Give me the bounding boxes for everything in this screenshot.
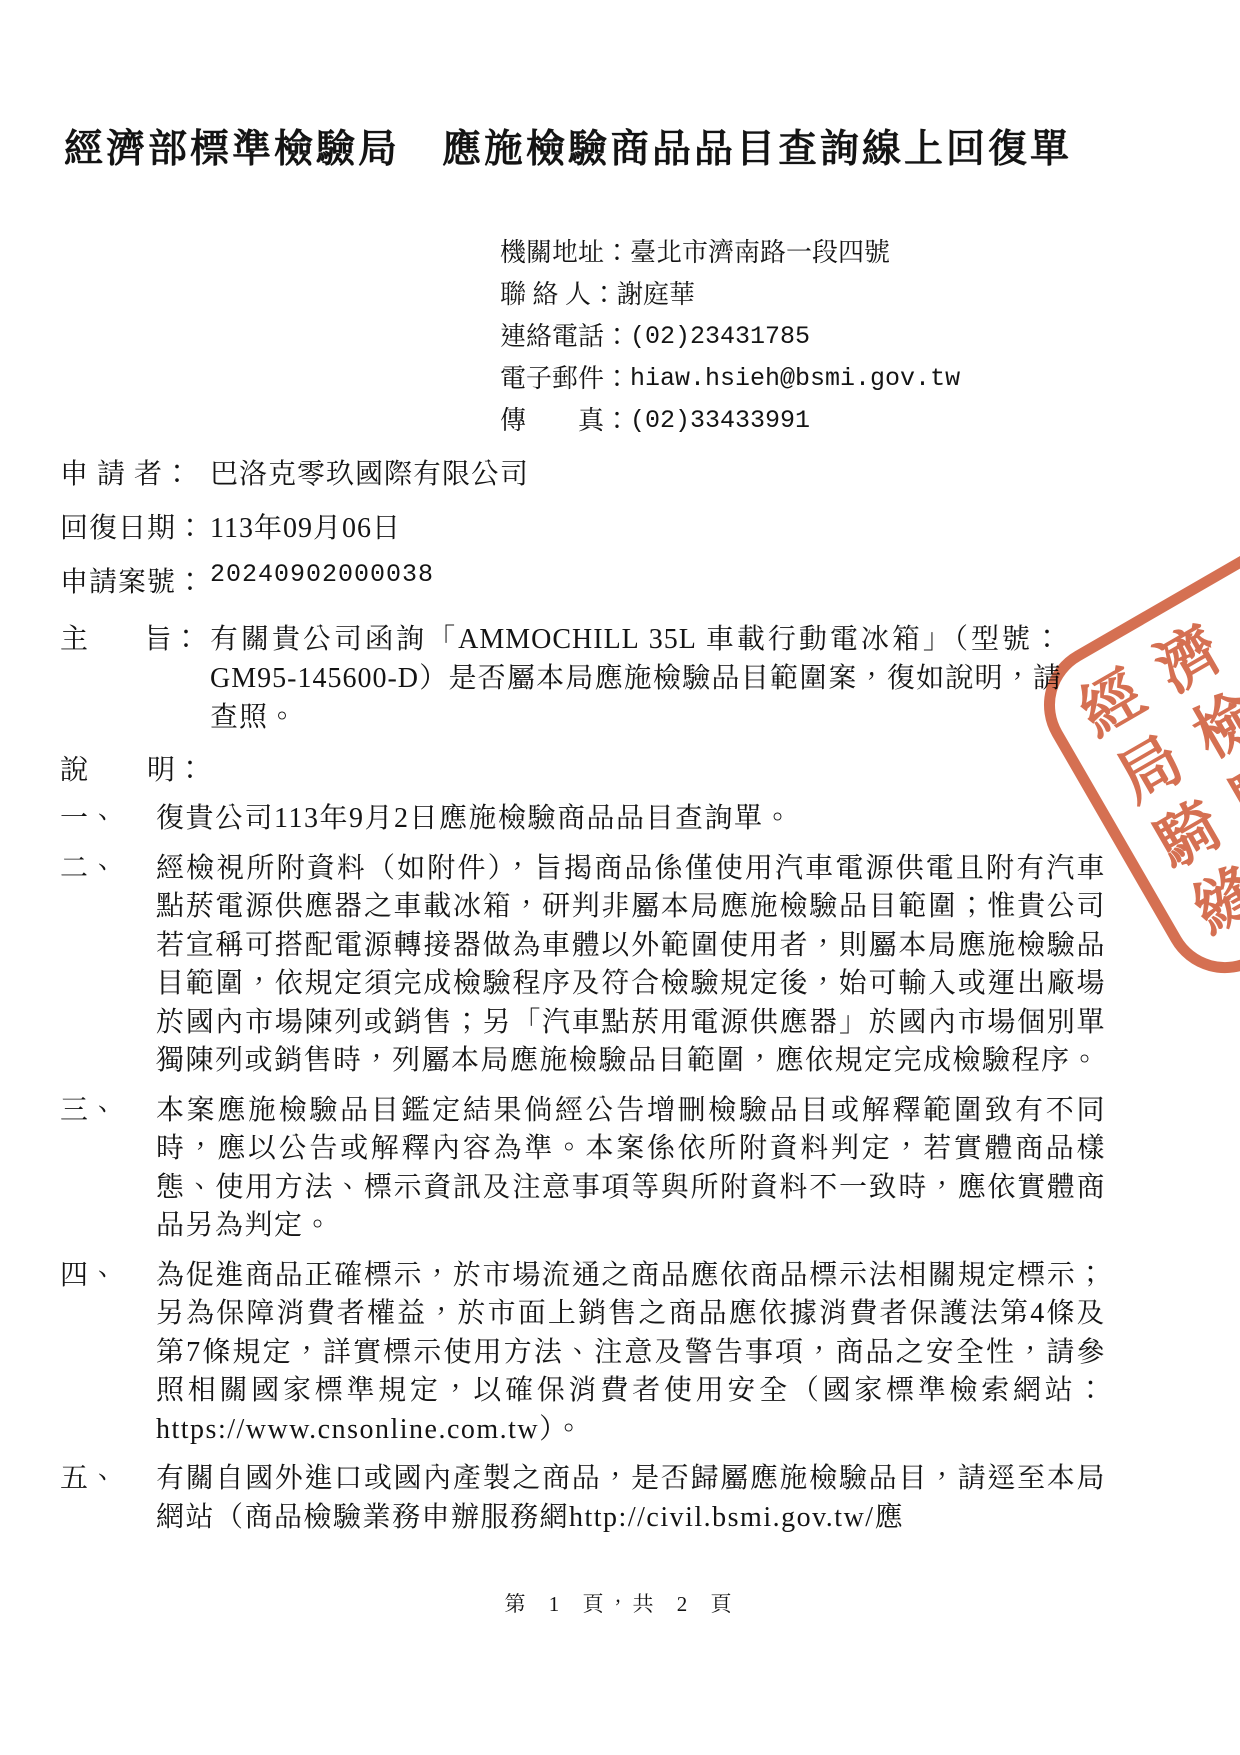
list-item: 一、 復貴公司113年9月2日應施檢驗商品品目查詢單。	[60, 800, 1106, 839]
list-item-text: 復貴公司113年9月2日應施檢驗商品品目查詢單。	[156, 800, 1106, 839]
contact-address-value: 臺北市濟南路一段四號	[630, 232, 890, 274]
contact-phone-value: (02)23431785	[630, 316, 810, 358]
list-item-text: 經檢視所附資料（如附件），旨揭商品係僅使用汽車電源供電且附有汽車點菸電源供應器之…	[156, 850, 1106, 1081]
contact-person-row: 聯 絡 人： 謝庭華	[500, 274, 960, 316]
list-item-text: 為促進商品正確標示，於市場流通之商品應依商品標示法相關規定標示；另為保障消費者權…	[156, 1257, 1106, 1450]
list-item-number: 三、	[60, 1092, 156, 1246]
list-item: 二、 經檢視所附資料（如附件），旨揭商品係僅使用汽車電源供電且附有汽車點菸電源供…	[60, 850, 1106, 1081]
list-item-number: 二、	[60, 850, 156, 1081]
page-number-footer: 第 1 頁，共 2 頁	[0, 1588, 1240, 1618]
reply-date-row: 回復日期： 113年09月06日	[60, 506, 401, 546]
agency-contact-block: 機關地址： 臺北市濟南路一段四號 聯 絡 人： 謝庭華 連絡電話： (02)23…	[500, 232, 960, 442]
applicant-label: 申 請 者：	[60, 452, 210, 492]
list-item: 四、 為促進商品正確標示，於市場流通之商品應依商品標示法相關規定標示；另為保障消…	[60, 1257, 1106, 1450]
subject-label: 主 旨：	[60, 620, 210, 737]
contact-fax-label: 傳 真：	[500, 400, 630, 442]
applicant-row: 申 請 者： 巴洛克零玖國際有限公司	[60, 452, 529, 492]
explanation-label: 說 明：	[60, 748, 205, 788]
contact-email-row: 電子郵件： hiaw.hsieh@bsmi.gov.tw	[500, 358, 960, 400]
contact-address-row: 機關地址： 臺北市濟南路一段四號	[500, 232, 960, 274]
scanned-official-letter: { "header": { "title_left": "經濟部標準檢驗局", …	[0, 0, 1240, 1755]
title-document-type: 應施檢驗商品品目查詢線上回復單	[442, 128, 1072, 171]
list-item-number: 一、	[60, 800, 156, 839]
document-title: 經濟部標準檢驗局應施檢驗商品品目查詢線上回復單	[64, 118, 1072, 174]
list-item-number: 四、	[60, 1257, 156, 1450]
contact-fax-value: (02)33433991	[630, 400, 810, 442]
reply-date-label: 回復日期：	[60, 506, 210, 546]
contact-person-label: 聯 絡 人：	[500, 274, 617, 316]
contact-phone-row: 連絡電話： (02)23431785	[500, 316, 960, 358]
list-item-number: 五、	[60, 1460, 156, 1537]
contact-address-label: 機關地址：	[500, 232, 630, 274]
contact-person-value: 謝庭華	[617, 274, 695, 316]
explanation-items: 一、 復貴公司113年9月2日應施檢驗商品品目查詢單。 二、 經檢視所附資料（如…	[60, 800, 1106, 1548]
list-item-text: 有關自國外進口或國內產製之商品，是否歸屬應施檢驗品目，請逕至本局網站（商品檢驗業…	[156, 1460, 1106, 1537]
contact-email-label: 電子郵件：	[500, 358, 630, 400]
subject-text: 有關貴公司函詢「AMMOCHILL 35L 車載行動電冰箱」（型號：GM95-1…	[210, 620, 1062, 737]
case-number-label: 申請案號：	[60, 560, 210, 600]
list-item: 五、 有關自國外進口或國內產製之商品，是否歸屬應施檢驗品目，請逕至本局網站（商品…	[60, 1460, 1106, 1537]
list-item-text: 本案應施檢驗品目鑑定結果倘經公告增刪檢驗品目或解釋範圍致有不同時，應以公告或解釋…	[156, 1092, 1106, 1246]
list-item: 三、 本案應施檢驗品目鑑定結果倘經公告增刪檢驗品目或解釋範圍致有不同時，應以公告…	[60, 1092, 1106, 1246]
reply-date-value: 113年09月06日	[210, 506, 401, 546]
case-number-row: 申請案號： 20240902000038	[60, 560, 434, 600]
contact-email-value: hiaw.hsieh@bsmi.gov.tw	[630, 358, 960, 400]
title-agency-name: 經濟部標準檢驗局	[64, 128, 400, 171]
contact-fax-row: 傳 真： (02)33433991	[500, 400, 960, 442]
contact-phone-label: 連絡電話：	[500, 316, 630, 358]
applicant-value: 巴洛克零玖國際有限公司	[210, 452, 529, 492]
case-number-value: 20240902000038	[210, 560, 434, 600]
subject-row: 主 旨： 有關貴公司函詢「AMMOCHILL 35L 車載行動電冰箱」（型號：G…	[60, 620, 1062, 737]
